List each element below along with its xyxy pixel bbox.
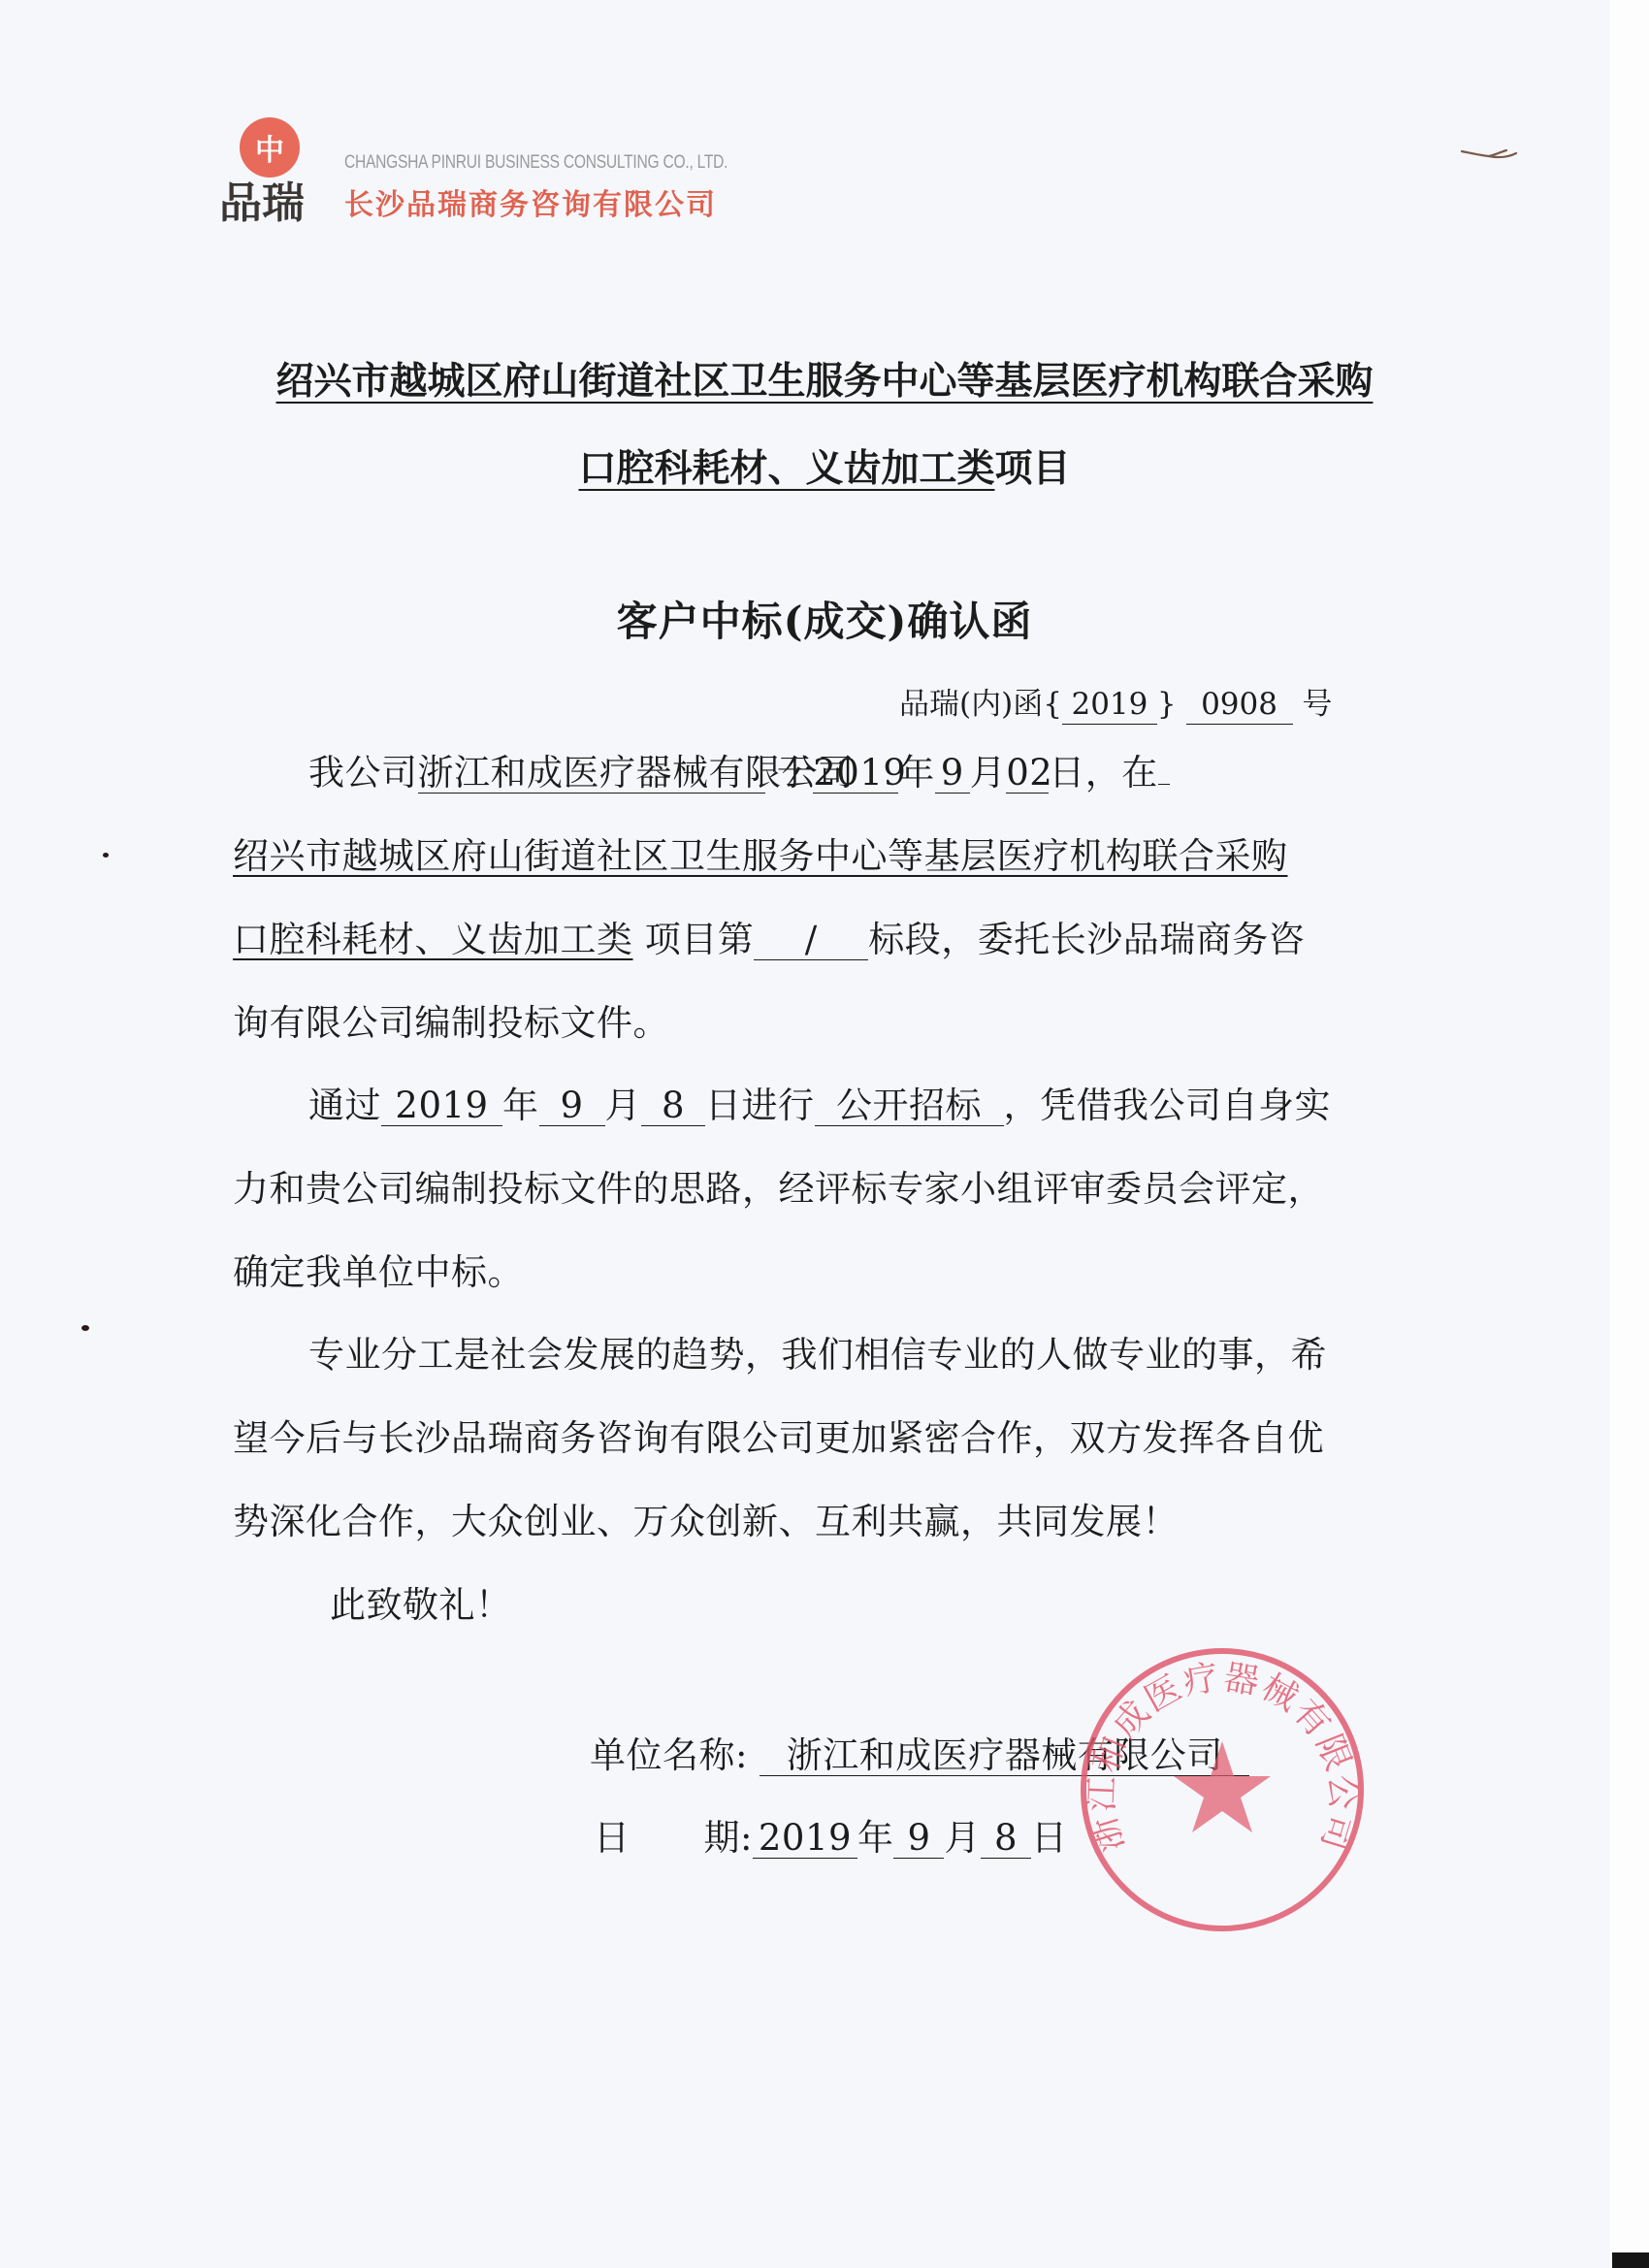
- date-day: 02: [1006, 754, 1049, 794]
- company-label: 单位名称:: [590, 1734, 748, 1776]
- para2-line1: 通过2019年9月8日进行公开招标，凭借我公司自身实: [308, 1083, 1331, 1129]
- closing-salutation: 此致敬礼！: [330, 1582, 512, 1629]
- text: 年: [898, 752, 935, 794]
- pen-stroke-mark-icon: [1460, 146, 1518, 165]
- para2-line2: 力和贵公司编制投标文件的思路，经评标专家小组评审委员会评定，: [233, 1166, 1324, 1213]
- ref-number: 0908: [1186, 685, 1293, 725]
- bid-year: 2019: [381, 1086, 502, 1126]
- text: 年: [502, 1085, 539, 1126]
- scan-corner-shadow: [1612, 2252, 1649, 2268]
- date-month: 9: [935, 754, 970, 794]
- ref-suffix: 号: [1302, 687, 1332, 722]
- ref-close: }: [1157, 687, 1177, 722]
- date-label: 期:: [704, 1817, 753, 1859]
- trailing-blank: [1158, 784, 1170, 785]
- logo-mark: 品瑞: [219, 180, 316, 227]
- document-subtitle: 客户中标(成交)确认函: [0, 590, 1649, 648]
- bid-month: 9: [539, 1086, 605, 1126]
- project-name: 绍兴市越城区府山街道社区卫生服务中心等基层医疗机构联合采购: [233, 835, 1288, 877]
- text: 我公司: [308, 752, 418, 794]
- signature-company-row: 单位名称: 浙江和成医疗器械有限公司: [590, 1733, 1249, 1779]
- para3-line3: 势深化合作，大众创业、万众创新、互利共赢，共同发展！: [233, 1499, 1179, 1545]
- date-year: 2019: [813, 754, 898, 794]
- text: 项目第: [645, 919, 755, 960]
- para3-line1: 专业分工是社会发展的趋势，我们相信专业的人做专业的事，希: [308, 1332, 1327, 1378]
- text: 标段，委托长沙品瑞商务咨: [868, 919, 1305, 960]
- sign-month: 9: [893, 1819, 944, 1859]
- logo-badge-text: 中: [255, 126, 284, 169]
- logo-badge-icon: 中: [240, 117, 300, 178]
- text: ，凭借我公司自身实: [1004, 1085, 1332, 1126]
- date-label: 日: [594, 1817, 630, 1859]
- project-category: 口腔科耗材、义齿加工类: [233, 919, 633, 960]
- signature-date-row: 日期:2019年9月8日: [594, 1815, 1067, 1862]
- company-value: 浙江和成医疗器械有限公司: [760, 1736, 1249, 1776]
- text: 通过: [308, 1085, 381, 1126]
- text: 月: [944, 1817, 981, 1859]
- document-title-line2: 口腔科耗材、义齿加工类项目: [0, 438, 1649, 493]
- text: 月: [970, 752, 1007, 794]
- title-tail: 项目: [995, 446, 1071, 491]
- text: 年: [857, 1817, 894, 1859]
- title-project-name: 绍兴市越城区府山街道社区卫生服务中心等基层医疗机构联合采购: [275, 359, 1373, 404]
- ref-prefix: 品瑞(内)函{: [899, 687, 1062, 722]
- section-number: /: [754, 921, 868, 960]
- scan-dust-mark: [103, 853, 109, 858]
- bid-method: 公开招标: [815, 1086, 1004, 1126]
- company-seal-stamp-icon: 浙江和成医疗器械有限公司: [1077, 1644, 1368, 1935]
- bid-day: 8: [641, 1086, 705, 1126]
- text: 日，在: [1049, 752, 1158, 794]
- para1-line4: 询有限公司编制投标文件。: [233, 1000, 669, 1047]
- sign-day: 8: [981, 1819, 1031, 1859]
- ref-year: 2019: [1062, 685, 1157, 725]
- sign-year: 2019: [753, 1819, 857, 1859]
- scan-dust-mark: [81, 1325, 89, 1331]
- para1-line1: 我公司浙江和成医疗器械有限公司 于2019年9月02日，在: [308, 750, 1170, 796]
- company-name-en: CHANGSHA PINRUI BUSINESS CONSULTING CO.,…: [344, 152, 727, 174]
- client-company: 浙江和成医疗器械有限公司: [418, 754, 765, 794]
- document-title-line1: 绍兴市越城区府山街道社区卫生服务中心等基层医疗机构联合采购: [0, 351, 1649, 405]
- para1-line2: 绍兴市越城区府山街道社区卫生服务中心等基层医疗机构联合采购: [233, 833, 1288, 880]
- para1-line3: 口腔科耗材、义齿加工类 项目第/标段，委托长沙品瑞商务咨: [233, 917, 1305, 963]
- reference-number: 品瑞(内)函{2019} 0908 号: [899, 679, 1332, 725]
- para2-line3: 确定我单位中标。: [233, 1249, 524, 1296]
- company-name-cn: 长沙品瑞商务咨询有限公司: [344, 180, 717, 223]
- text: 日进行: [705, 1085, 815, 1126]
- title-project-category: 口腔科耗材、义齿加工类: [578, 446, 994, 491]
- text: 日: [1031, 1817, 1068, 1859]
- text: 月: [605, 1085, 642, 1126]
- para3-line2: 望今后与长沙品瑞商务咨询有限公司更加紧密合作，双方发挥各自优: [233, 1415, 1324, 1462]
- scan-edge-strip: [1610, 0, 1649, 2268]
- text: 于: [777, 752, 814, 794]
